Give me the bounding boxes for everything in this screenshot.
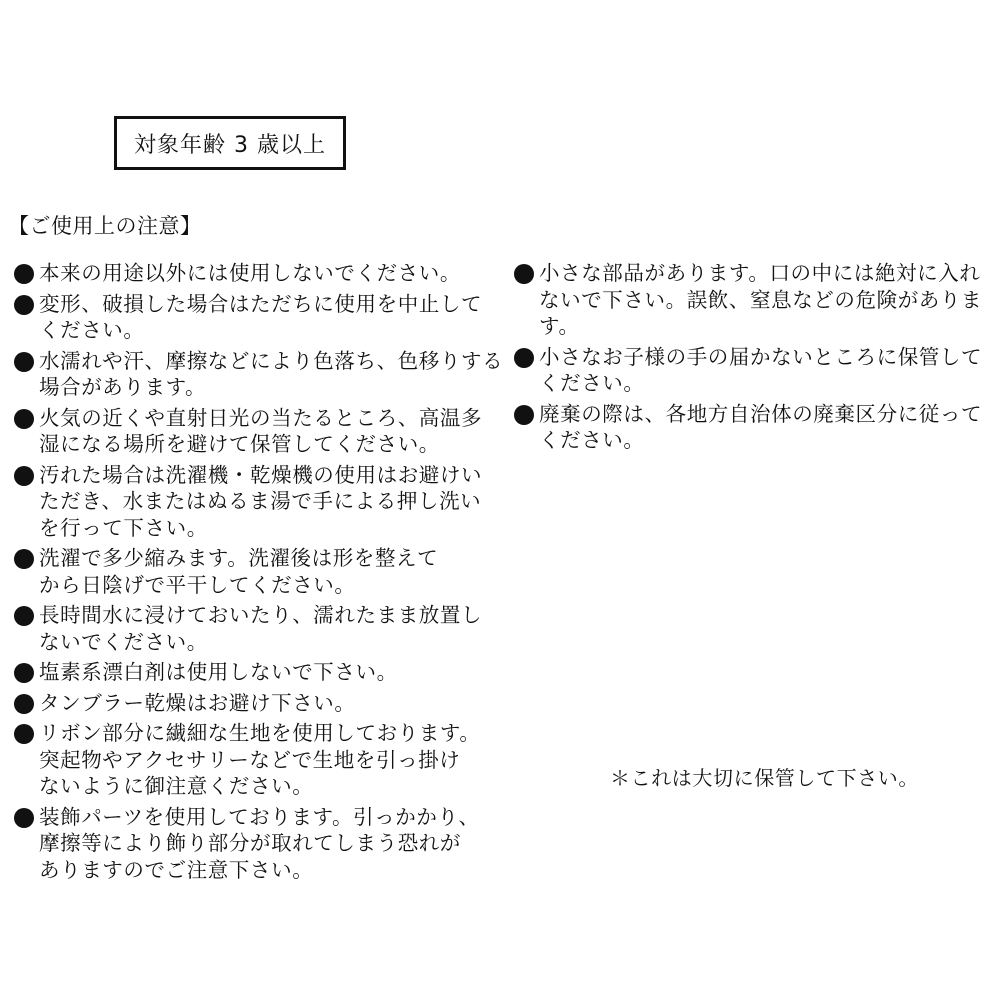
caution-text: ください。 [539,427,994,454]
caution-text: 場合があります。 [39,374,494,401]
caution-text: ないでください。 [39,629,494,656]
caution-text: 洗濯で多少縮みます。洗濯後は形を整えて [39,545,494,572]
caution-item: 本来の用途以外には使用しないでください。 [14,260,494,287]
section-title: 【ご使用上の注意】 [8,210,202,240]
caution-text: ないで下さい。誤飲、窒息などの危険がありま [539,287,994,314]
caution-text: 火気の近くや直射日光の当たるところ、高温多 [39,405,494,432]
bullet-icon [14,663,34,683]
caution-item: 汚れた場合は洗濯機・乾燥機の使用はお避けい ただき、水またはぬるま湯で手による押… [14,462,494,542]
caution-text: タンブラー乾燥はお避け下さい。 [39,690,494,717]
caution-text: 変形、破損した場合はただちに使用を中止して [39,291,494,318]
bullet-icon [514,264,534,284]
caution-text: 汚れた場合は洗濯機・乾燥機の使用はお避けい [39,462,494,489]
bullet-icon [14,409,34,429]
caution-text: 水濡れや汗、摩擦などにより色落ち、色移りする [39,348,494,375]
bullet-icon [14,606,34,626]
caution-item: 廃棄の際は、各地方自治体の廃棄区分に従って ください。 [514,401,994,454]
caution-text: 塩素系漂白剤は使用しないで下さい。 [39,659,494,686]
caution-text: ください。 [39,317,494,344]
keep-notice: ＊これは大切に保管して下さい。 [610,762,919,791]
caution-text: 装飾パーツを使用しております。引っかかり、 [39,804,494,831]
caution-item: 塩素系漂白剤は使用しないで下さい。 [14,659,494,686]
caution-item: 長時間水に浸けておいたり、濡れたまま放置し ないでください。 [14,602,494,655]
caution-item: 洗濯で多少縮みます。洗濯後は形を整えて から日陰げで平干してください。 [14,545,494,598]
caution-text: ただき、水またはぬるま湯で手による押し洗い [39,488,494,515]
bullet-icon [14,352,34,372]
bullet-icon [14,694,34,714]
caution-text: 摩擦等により飾り部分が取れてしまう恐れが [39,830,494,857]
caution-item: リボン部分に繊細な生地を使用しております。 突起物やアクセサリーなどで生地を引っ… [14,720,494,800]
caution-text: す。 [539,313,994,340]
bullet-icon [14,808,34,828]
caution-text: 本来の用途以外には使用しないでください。 [39,260,494,287]
bullet-icon [14,549,34,569]
caution-text: リボン部分に繊細な生地を使用しております。 [39,720,494,747]
caution-item: 装飾パーツを使用しております。引っかかり、 摩擦等により飾り部分が取れてしまう恐… [14,804,494,884]
caution-list-right: 小さな部品があります。口の中には絶対に入れ ないで下さい。誤飲、窒息などの危険が… [514,260,994,458]
caution-text: 小さな部品があります。口の中には絶対に入れ [539,260,994,287]
caution-item: 小さな部品があります。口の中には絶対に入れ ないで下さい。誤飲、窒息などの危険が… [514,260,994,340]
caution-item: タンブラー乾燥はお避け下さい。 [14,690,494,717]
caution-text: 湿になる場所を避けて保管してください。 [39,431,494,458]
caution-text: ありますのでご注意下さい。 [39,857,494,884]
caution-text: ください。 [539,370,994,397]
bullet-icon [14,264,34,284]
caution-item: 火気の近くや直射日光の当たるところ、高温多 湿になる場所を避けて保管してください… [14,405,494,458]
caution-list-left: 本来の用途以外には使用しないでください。 変形、破損した場合はただちに使用を中止… [14,260,494,887]
caution-item: 水濡れや汗、摩擦などにより色落ち、色移りする 場合があります。 [14,348,494,401]
bullet-icon [14,724,34,744]
caution-text: から日陰げで平干してください。 [39,572,494,599]
caution-text: 突起物やアクセサリーなどで生地を引っ掛け [39,747,494,774]
age-rating-box: 対象年齢 3 歳以上 [114,116,346,170]
age-rating-label: 対象年齢 3 歳以上 [134,128,326,159]
caution-item: 小さなお子様の手の届かないところに保管して ください。 [514,344,994,397]
caution-text: を行って下さい。 [39,515,494,542]
caution-item: 変形、破損した場合はただちに使用を中止して ください。 [14,291,494,344]
caution-text: ないように御注意ください。 [39,773,494,800]
bullet-icon [514,348,534,368]
caution-text: 廃棄の際は、各地方自治体の廃棄区分に従って [539,401,994,428]
bullet-icon [14,295,34,315]
bullet-icon [14,466,34,486]
caution-text: 長時間水に浸けておいたり、濡れたまま放置し [39,602,494,629]
caution-text: 小さなお子様の手の届かないところに保管して [539,344,994,371]
bullet-icon [514,405,534,425]
